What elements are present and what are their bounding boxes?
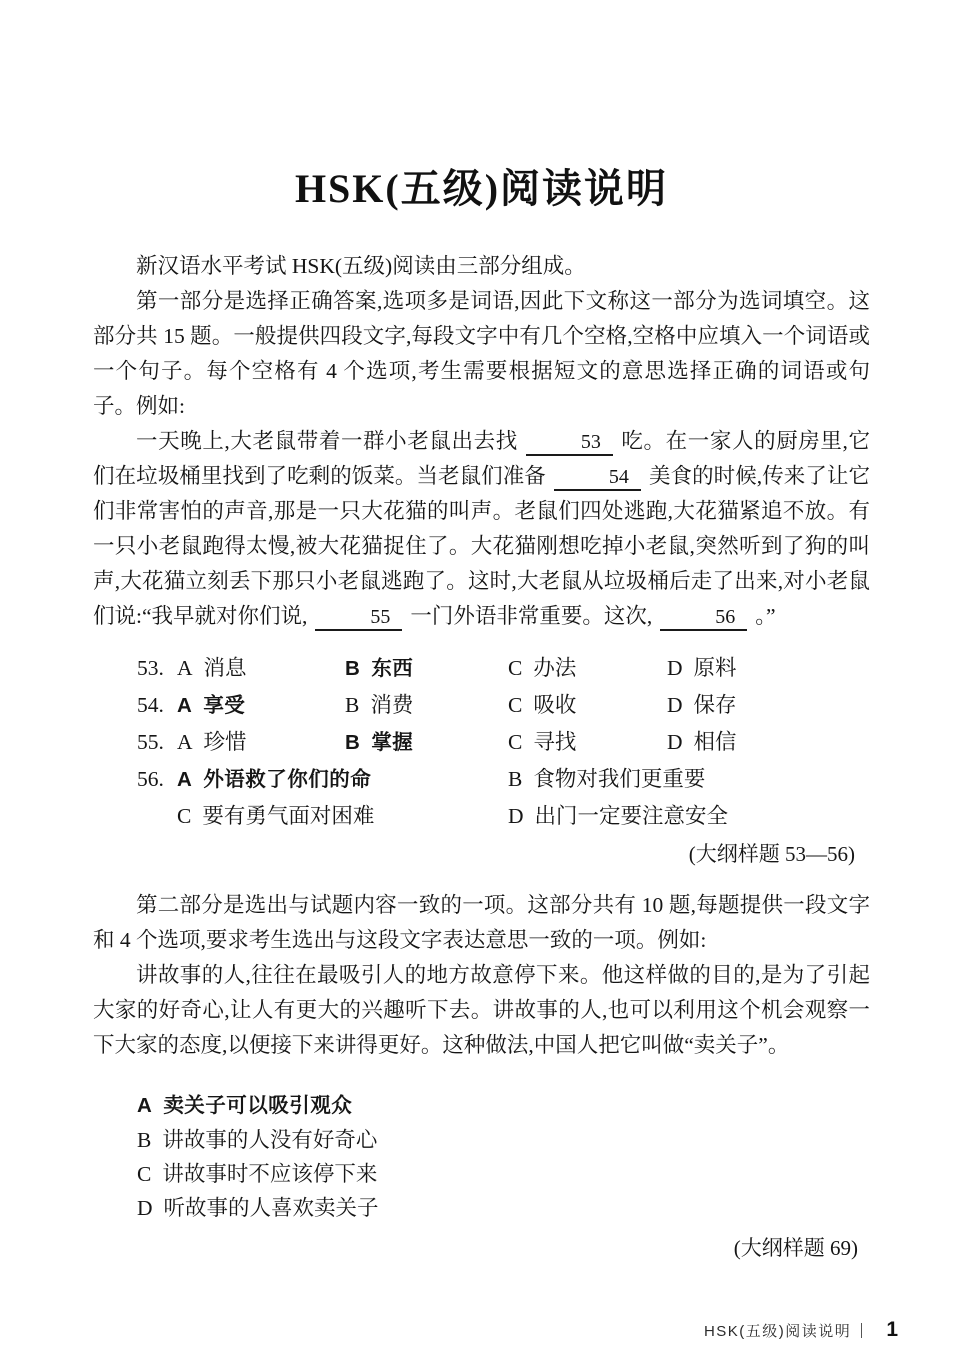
option-text: 原料 bbox=[694, 656, 737, 680]
option-text: 听故事的人喜欢卖关子 bbox=[164, 1196, 379, 1220]
answer-option: B讲故事的人没有好奇心 bbox=[137, 1123, 870, 1157]
answer-option: B食物对我们更重要 bbox=[508, 761, 870, 798]
question-row: 55.A珍惜B掌握C寻找D相信 bbox=[137, 724, 870, 761]
page-number: 1 bbox=[886, 1318, 898, 1342]
answer-option: C吸收 bbox=[508, 687, 667, 724]
option-letter: B bbox=[508, 767, 522, 791]
option-letter: C bbox=[177, 804, 191, 828]
question-number: 53. bbox=[137, 650, 177, 687]
answer-option: C办法 bbox=[508, 650, 667, 687]
answer-option: D原料 bbox=[667, 650, 870, 687]
part1-story-paragraph: 一天晚上,大老鼠带着一群小老鼠出去找53吃。在一家人的厨房里,它们在垃圾桶里找到… bbox=[93, 424, 870, 634]
answer-option: A享受 bbox=[177, 687, 345, 724]
option-letter: B bbox=[137, 1128, 151, 1152]
option-letter: C bbox=[508, 730, 522, 754]
question-number: 56. bbox=[137, 761, 177, 798]
option-text: 要有勇气面对困难 bbox=[202, 804, 374, 828]
option-text: 出门一定要注意安全 bbox=[535, 804, 729, 828]
document-page: HSK(五级)阅读说明 新汉语水平考试 HSK(五级)阅读由三部分组成。 第一部… bbox=[0, 0, 960, 1362]
part2-description-paragraph: 第二部分是选出与试题内容一致的一项。这部分共有 10 题,每题提供一段文字和 4… bbox=[93, 888, 870, 958]
option-letter: B bbox=[345, 693, 359, 717]
option-letter: C bbox=[508, 693, 522, 717]
blank-55: 55 bbox=[315, 605, 402, 631]
option-text: 卖关子可以吸引观众 bbox=[163, 1094, 352, 1117]
part1-questions-block: 53.A消息B东西C办法D原料54.A享受B消费C吸收D保存55.A珍惜B掌握C… bbox=[93, 650, 870, 835]
option-text: 办法 bbox=[533, 656, 576, 680]
option-letter: A bbox=[177, 694, 192, 717]
answer-option: B东西 bbox=[345, 650, 508, 687]
option-text: 东西 bbox=[371, 657, 413, 680]
option-letter: D bbox=[667, 730, 683, 754]
part2-options-block: A卖关子可以吸引观众B讲故事的人没有好奇心C讲故事时不应该停下来D听故事的人喜欢… bbox=[93, 1089, 870, 1225]
answer-option: C讲故事时不应该停下来 bbox=[137, 1157, 870, 1191]
answer-option: C寻找 bbox=[508, 724, 667, 761]
question-row: C要有勇气面对困难D出门一定要注意安全 bbox=[137, 798, 870, 835]
answer-option: D听故事的人喜欢卖关子 bbox=[137, 1191, 870, 1225]
option-text: 消费 bbox=[370, 693, 413, 717]
question-row: 53.A消息B东西C办法D原料 bbox=[137, 650, 870, 687]
answer-option: D出门一定要注意安全 bbox=[508, 798, 870, 835]
answer-option: D相信 bbox=[667, 724, 870, 761]
option-text: 外语救了你们的命 bbox=[203, 768, 371, 791]
answer-option: A消息 bbox=[177, 650, 345, 687]
option-letter: D bbox=[667, 656, 683, 680]
part2-story-paragraph: 讲故事的人,往往在最吸引人的地方故意停下来。他这样做的目的,是为了引起大家的好奇… bbox=[93, 958, 870, 1063]
option-text: 掌握 bbox=[371, 731, 413, 754]
option-text: 珍惜 bbox=[204, 730, 247, 754]
answer-option: A外语救了你们的命 bbox=[177, 761, 508, 798]
option-letter: B bbox=[345, 657, 360, 680]
option-letter: C bbox=[137, 1162, 151, 1186]
option-text: 消息 bbox=[204, 656, 247, 680]
question-number: 55. bbox=[137, 724, 177, 761]
option-letter: A bbox=[177, 730, 193, 754]
page-content: HSK(五级)阅读说明 新汉语水平考试 HSK(五级)阅读由三部分组成。 第一部… bbox=[0, 165, 960, 1266]
question-row: 54.A享受B消费C吸收D保存 bbox=[137, 687, 870, 724]
option-text: 寻找 bbox=[533, 730, 576, 754]
option-text: 相信 bbox=[694, 730, 737, 754]
blank-56: 56 bbox=[660, 605, 747, 631]
option-text: 保存 bbox=[694, 693, 737, 717]
question-row: 56.A外语救了你们的命B食物对我们更重要 bbox=[137, 761, 870, 798]
option-letter: D bbox=[508, 804, 524, 828]
option-letter: B bbox=[345, 731, 360, 754]
part1-source-note: (大纲样题 53—56) bbox=[93, 837, 870, 872]
answer-option: A珍惜 bbox=[177, 724, 345, 761]
question-number: 54. bbox=[137, 687, 177, 724]
option-letter: C bbox=[508, 656, 522, 680]
answer-option: D保存 bbox=[667, 687, 870, 724]
part1-description-paragraph: 第一部分是选择正确答案,选项多是词语,因此下文称这一部分为选词填空。这部分共 1… bbox=[93, 284, 870, 424]
footer-separator bbox=[861, 1323, 862, 1338]
option-letter: A bbox=[137, 1094, 152, 1117]
blank-54: 54 bbox=[554, 465, 641, 491]
intro-paragraph: 新汉语水平考试 HSK(五级)阅读由三部分组成。 bbox=[93, 249, 870, 284]
option-letter: A bbox=[177, 768, 192, 791]
option-letter: A bbox=[177, 656, 193, 680]
page-footer: HSK(五级)阅读说明 1 bbox=[704, 1318, 898, 1342]
part2-source-note: (大纲样题 69) bbox=[93, 1231, 870, 1266]
option-text: 讲故事时不应该停下来 bbox=[162, 1162, 377, 1186]
answer-option: B消费 bbox=[345, 687, 508, 724]
option-letter: D bbox=[137, 1196, 153, 1220]
answer-option: B掌握 bbox=[345, 724, 508, 761]
option-text: 享受 bbox=[203, 694, 245, 717]
option-text: 吸收 bbox=[533, 693, 576, 717]
footer-title: HSK(五级)阅读说明 bbox=[704, 1320, 851, 1341]
option-letter: D bbox=[667, 693, 683, 717]
option-text: 食物对我们更重要 bbox=[533, 767, 705, 791]
page-title: HSK(五级)阅读说明 bbox=[93, 165, 870, 213]
answer-option: C要有勇气面对困难 bbox=[177, 798, 508, 835]
answer-option: A卖关子可以吸引观众 bbox=[137, 1089, 870, 1123]
option-text: 讲故事的人没有好奇心 bbox=[162, 1128, 377, 1152]
blank-53: 53 bbox=[526, 430, 613, 456]
